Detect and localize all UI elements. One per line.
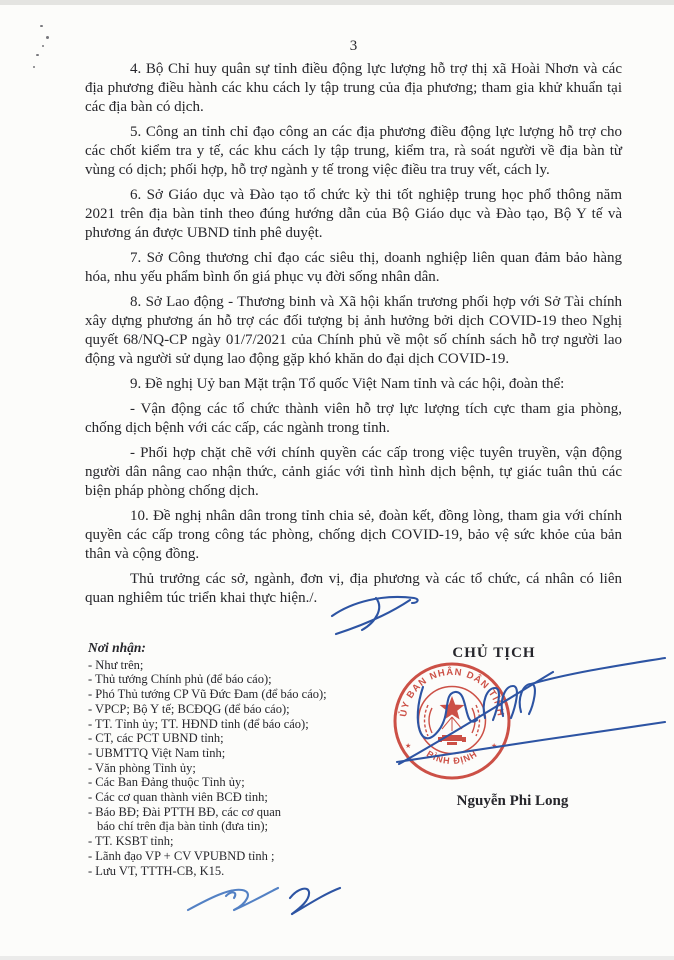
body-text: 4. Bộ Chỉ huy quân sự tỉnh điều động lực… xyxy=(85,60,622,614)
recipient-line: - Các cơ quan thành viên BCĐ tỉnh; xyxy=(88,790,388,805)
paragraph-4: 4. Bộ Chỉ huy quân sự tỉnh điều động lực… xyxy=(85,60,622,117)
signer-signature xyxy=(393,642,668,782)
scan-speck xyxy=(42,45,44,47)
paragraph-9-bullet-1: - Vận động các tổ chức thành viên hỗ trợ… xyxy=(85,400,622,438)
scan-speck xyxy=(36,54,39,56)
closing-flourish-signature xyxy=(322,586,432,638)
document-page: 3 4. Bộ Chỉ huy quân sự tỉnh điều động l… xyxy=(0,0,674,960)
recipient-line: - Văn phòng Tỉnh ủy; xyxy=(88,761,388,776)
paragraph-8: 8. Sở Lao động - Thương binh và Xã hội k… xyxy=(85,293,622,369)
recipient-line: - Phó Thủ tướng CP Vũ Đức Đam (để báo cá… xyxy=(88,687,388,702)
paragraph-9: 9. Đề nghị Uỷ ban Mặt trận Tổ quốc Việt … xyxy=(85,375,622,394)
page-number: 3 xyxy=(85,38,622,55)
recipients-heading: Nơi nhận: xyxy=(88,641,388,656)
signer-name: Nguyễn Phi Long xyxy=(430,793,595,810)
paragraph-10: 10. Đề nghị nhân dân trong tỉnh chia sẻ,… xyxy=(85,507,622,564)
scan-artifact-top xyxy=(0,0,674,5)
recipient-line: - TT. Tỉnh ủy; TT. HĐND tỉnh (để báo cáo… xyxy=(88,717,388,732)
recipient-line: - Như trên; xyxy=(88,658,388,673)
paragraph-5: 5. Công an tỉnh chỉ đạo công an các địa … xyxy=(85,123,622,180)
scan-speck xyxy=(46,36,49,39)
clerk-initials-signatures xyxy=(182,876,347,936)
recipient-line: - CT, các PCT UBND tỉnh; xyxy=(88,731,388,746)
paragraph-9-bullet-2: - Phối hợp chặt chẽ với chính quyền các … xyxy=(85,444,622,501)
recipient-line: - Các Ban Đảng thuộc Tỉnh ủy; xyxy=(88,775,388,790)
scan-speck xyxy=(33,66,35,68)
recipient-line: - UBMTTQ Việt Nam tỉnh; xyxy=(88,746,388,761)
scan-artifact-bottom xyxy=(0,956,674,960)
paragraph-6: 6. Sở Giáo dục và Đào tạo tổ chức kỳ thi… xyxy=(85,186,622,243)
recipient-line: - TT. KSBT tỉnh; xyxy=(88,834,388,849)
recipient-line: - VPCP; Bộ Y tế; BCĐQG (để báo cáo); xyxy=(88,702,388,717)
scan-speck xyxy=(40,25,43,27)
recipients-block: Nơi nhận: - Như trên; - Thủ tướng Chính … xyxy=(88,641,388,878)
paragraph-7: 7. Sở Công thương chỉ đạo các siêu thị, … xyxy=(85,249,622,287)
recipient-line: - Báo BĐ; Đài PTTH BĐ, các cơ quan xyxy=(88,805,388,820)
recipient-line: - Thủ tướng Chính phủ (để báo cáo); xyxy=(88,672,388,687)
recipient-line-continuation: báo chí trên địa bàn tỉnh (đưa tin); xyxy=(88,819,388,834)
recipient-line: - Lãnh đạo VP + CV VPUBND tỉnh ; xyxy=(88,849,388,864)
